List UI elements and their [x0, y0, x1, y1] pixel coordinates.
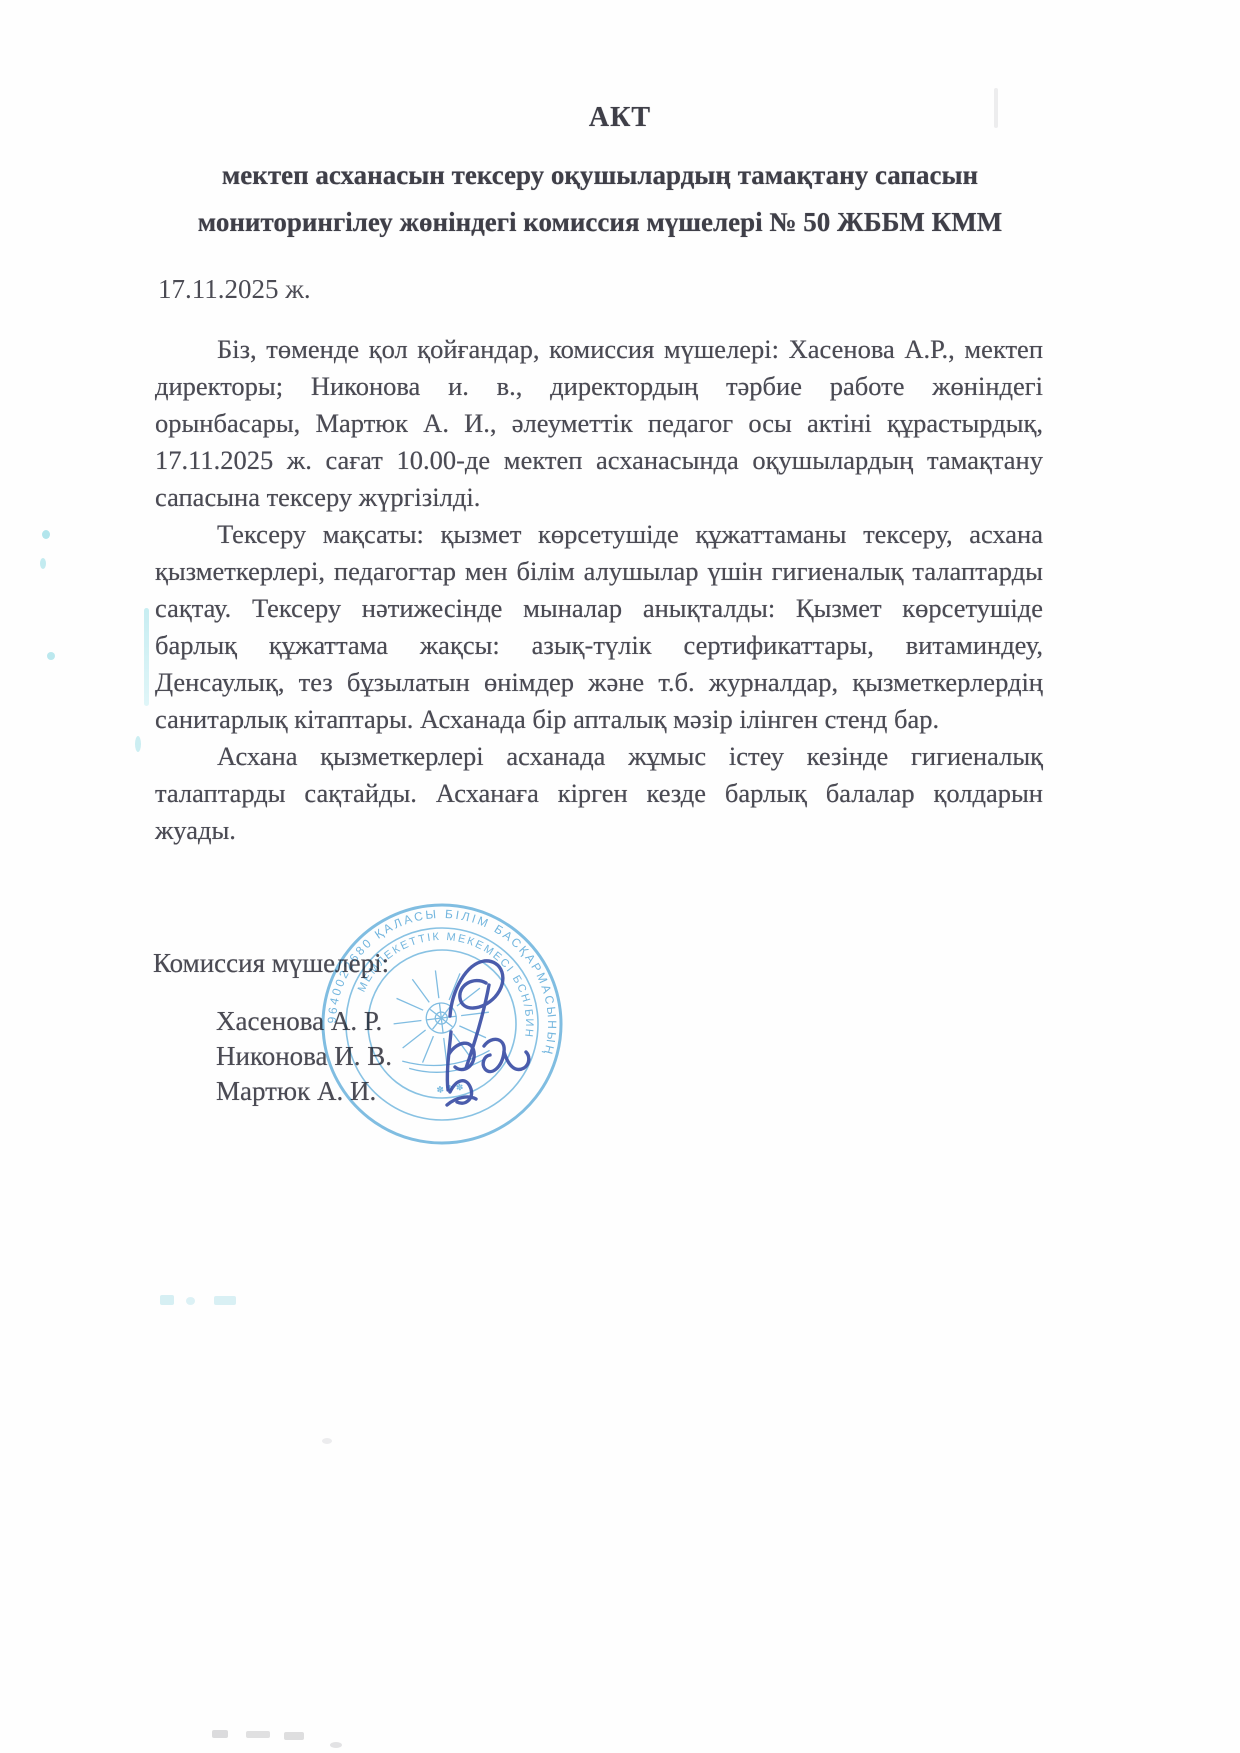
scan-artifact: [214, 1296, 236, 1305]
paragraph-2: Тексеру мақсаты: қызмет көрсетушіде құжа…: [155, 516, 1043, 738]
scan-artifact: [186, 1297, 195, 1305]
scan-artifact: [144, 608, 149, 706]
signature-ink-icon: [420, 952, 545, 1124]
subtitle-line-1: мектеп асханасын тексеру оқушылардың там…: [170, 152, 1030, 199]
paragraph-1: Біз, төменде қол қойғандар, комиссия мүш…: [155, 331, 1043, 516]
scan-artifact: [212, 1730, 228, 1738]
scan-artifact: [322, 1438, 332, 1444]
scan-artifact: [40, 558, 46, 569]
document-date: 17.11.2025 ж.: [158, 274, 311, 305]
document-body: Біз, төменде қол қойғандар, комиссия мүш…: [155, 331, 1043, 849]
subtitle-line-2: мониторингілеу жөніндегі комиссия мүшеле…: [170, 199, 1030, 246]
document-title: АКТ: [0, 102, 1240, 134]
scan-artifact: [330, 1742, 342, 1748]
scan-artifact: [284, 1732, 304, 1740]
scan-artifact: [994, 88, 998, 128]
handwritten-signature: [420, 952, 545, 1124]
scan-artifact: [135, 736, 141, 752]
document-subtitle: мектеп асханасын тексеру оқушылардың там…: [170, 152, 1030, 246]
scan-artifact: [42, 530, 50, 539]
paragraph-3: Асхана қызметкерлері асханада жұмыс істе…: [155, 738, 1043, 849]
scanned-document-page: АКТ мектеп асханасын тексеру оқушылардың…: [0, 0, 1240, 1753]
scan-artifact: [47, 652, 55, 660]
scan-artifact: [246, 1731, 270, 1738]
scan-artifact: [160, 1295, 174, 1305]
